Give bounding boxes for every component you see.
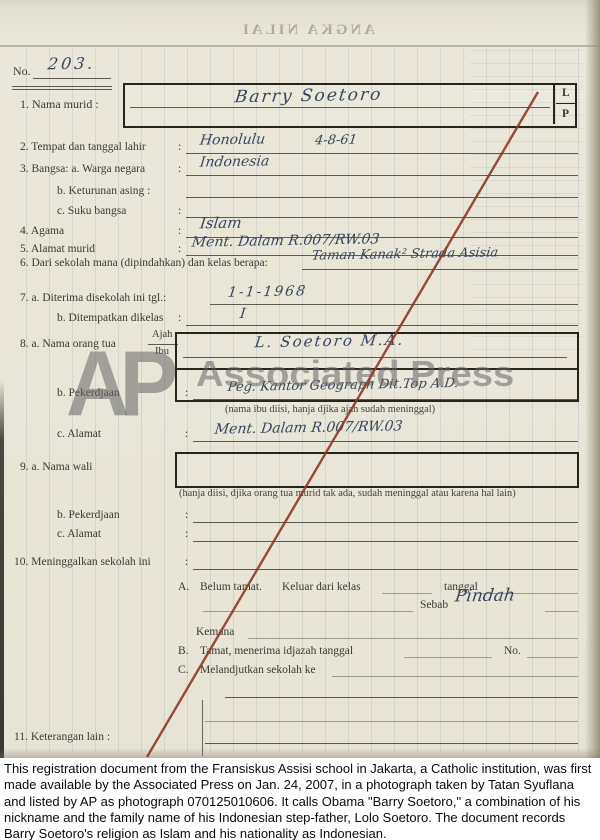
red-diagonal-line [0,0,600,758]
caption-area: This registration document from the Fran… [0,758,600,840]
caption-text: This registration document from the Fran… [0,758,600,840]
document-photo: ANGKA NILAI No. 203. 1. Nama murid : L P… [0,0,600,758]
photo-with-caption: ANGKA NILAI No. 203. 1. Nama murid : L P… [0,0,600,840]
